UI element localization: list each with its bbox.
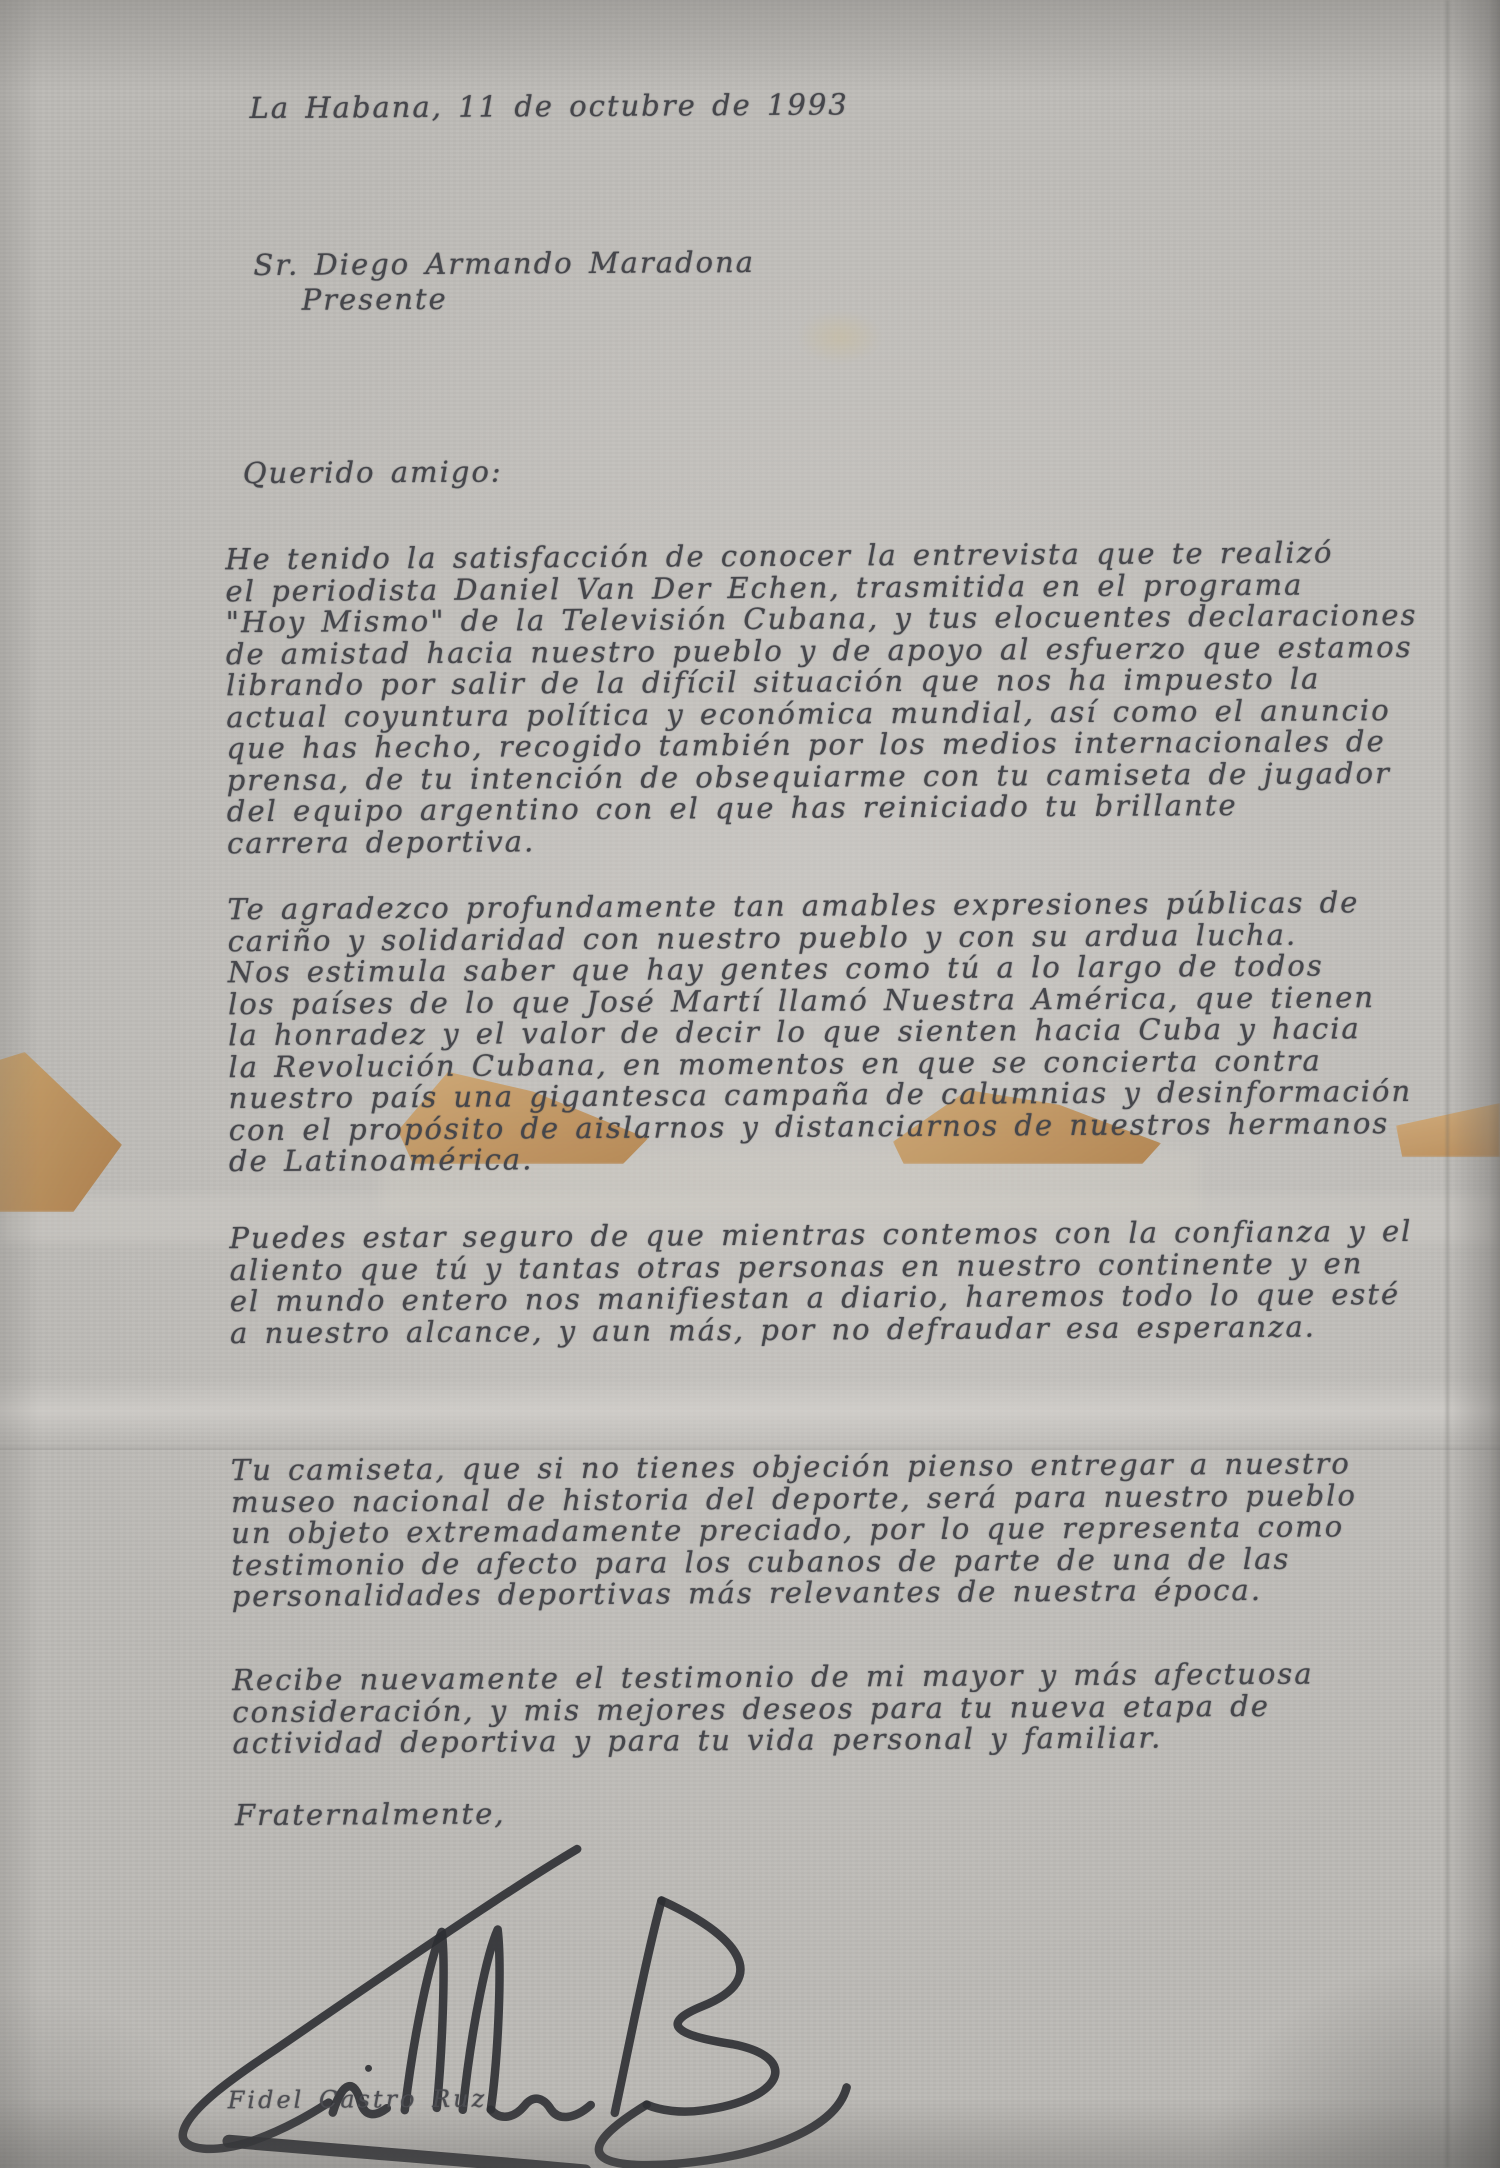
recipient-name: Sr. Diego Armando Maradona [253, 247, 755, 282]
typed-signature-name: Fidel Castro Ruz [228, 2084, 488, 2117]
paragraph-3: Puedes estar seguro de que mientras cont… [229, 1216, 1413, 1349]
salutation: Querido amigo: [243, 457, 503, 490]
paragraph-4: Tu camiseta, que si no tienes objeción p… [231, 1448, 1358, 1612]
paragraph-1: He tenido la satisfacción de conocer la … [225, 537, 1419, 859]
scanned-letter-photo: { "document": { "kind": "typewritten-let… [0, 0, 1500, 2168]
letter-body: La Habana, 11 de octubre de 1993 Sr. Die… [0, 0, 1500, 2168]
date-line: La Habana, 11 de octubre de 1993 [249, 89, 848, 124]
letter-page: La Habana, 11 de octubre de 1993 Sr. Die… [0, 0, 1500, 2168]
closing-line: Fraternalmente, [235, 1799, 506, 1832]
signature-fidel-castro [145, 1837, 907, 2168]
paragraph-2: Te agradezco profundamente tan amables e… [227, 887, 1412, 1178]
recipient-presente: Presente [302, 284, 448, 316]
paragraph-5: Recibe nuevamente el testimonio de mi ma… [232, 1659, 1314, 1760]
